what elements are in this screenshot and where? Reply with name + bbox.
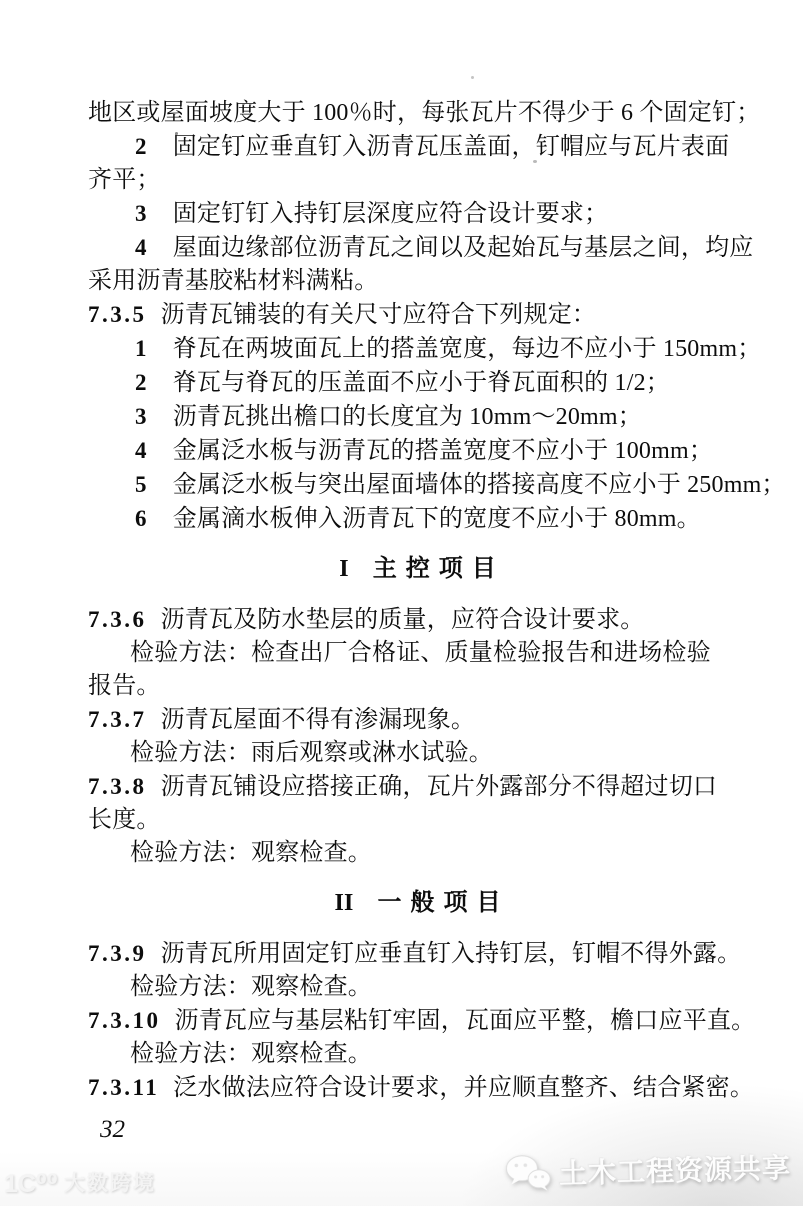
item-text: 金属泛水板与突出屋面墙体的搭接高度不应小于 250mm； bbox=[173, 472, 786, 498]
body-line: 齐平； bbox=[88, 164, 756, 197]
list-item-1: 1脊瓦在两坡面瓦上的搭盖宽度，每边不应小于 150mm； bbox=[88, 332, 756, 366]
item-text: 脊瓦与脊瓦的压盖面不应小于脊瓦面积的 1/2； bbox=[173, 370, 670, 396]
clause-text: 沥青瓦所用固定钉应垂直钉入持钉层，钉帽不得外露。 bbox=[161, 941, 742, 967]
clause-text: 沥青瓦及防水垫层的质量，应符合设计要求。 bbox=[161, 607, 645, 633]
page-number: 32 bbox=[88, 1113, 756, 1146]
scan-speck bbox=[533, 160, 537, 163]
document-page: 地区或屋面坡度大于 100％时，每张瓦片不得少于 6 个固定钉； 2固定钉应垂直… bbox=[0, 0, 803, 1206]
item-number: 2 bbox=[135, 370, 147, 395]
item-number: 3 bbox=[135, 201, 147, 226]
watermark-civil-engineering-share: 土木工程资源共享 bbox=[504, 1146, 792, 1193]
clause-number: 7.3.6 bbox=[88, 607, 147, 632]
body-line: 报告。 bbox=[88, 670, 756, 703]
item-number: 6 bbox=[135, 506, 147, 531]
clause-text: 沥青瓦铺设应搭接正确，瓦片外露部分不得超过切口 bbox=[161, 774, 718, 800]
body-line: 采用沥青基胶粘材料满粘。 bbox=[88, 265, 756, 298]
clause-7-3-7: 7.3.7沥青瓦屋面不得有渗漏现象。 bbox=[88, 703, 756, 737]
item-number: 1 bbox=[135, 336, 147, 361]
list-item-3: 3沥青瓦挑出檐口的长度宜为 10mm～20mm； bbox=[88, 400, 756, 434]
list-item-2: 2固定钉应垂直钉入沥青瓦压盖面，钉帽应与瓦片表面 bbox=[88, 130, 756, 164]
watermark-text: 大数跨境 bbox=[64, 1172, 156, 1195]
inspection-method-line: 检验方法：观察检查。 bbox=[88, 971, 756, 1004]
clause-text: 沥青瓦铺装的有关尺寸应符合下列规定： bbox=[161, 302, 597, 328]
heading-text: 一般项目 bbox=[378, 890, 510, 916]
item-number: 3 bbox=[135, 404, 147, 429]
item-text: 屋面边缘部位沥青瓦之间以及起始瓦与基层之间，均应 bbox=[173, 235, 754, 261]
clause-7-3-6: 7.3.6沥青瓦及防水垫层的质量，应符合设计要求。 bbox=[88, 603, 756, 637]
list-item-6: 6金属滴水板伸入沥青瓦下的宽度不应小于 80mm。 bbox=[88, 502, 756, 536]
clause-number: 7.3.11 bbox=[88, 1075, 159, 1100]
clause-7-3-8: 7.3.8沥青瓦铺设应搭接正确，瓦片外露部分不得超过切口 bbox=[88, 770, 756, 804]
item-text: 沥青瓦挑出檐口的长度宜为 10mm～20mm； bbox=[173, 404, 642, 430]
roman-numeral: I bbox=[339, 556, 349, 582]
clause-7-3-9: 7.3.9沥青瓦所用固定钉应垂直钉入持钉层，钉帽不得外露。 bbox=[88, 937, 756, 971]
item-text: 金属泛水板与沥青瓦的搭盖宽度不应小于 100mm； bbox=[173, 438, 713, 464]
list-item-4: 4屋面边缘部位沥青瓦之间以及起始瓦与基层之间，均应 bbox=[88, 231, 756, 265]
heading-text: 主控项目 bbox=[373, 556, 505, 582]
scan-speck bbox=[175, 132, 178, 135]
clause-number: 7.3.5 bbox=[88, 302, 147, 327]
item-number: 4 bbox=[135, 235, 147, 260]
clause-number: 7.3.8 bbox=[88, 774, 147, 799]
body-line: 地区或屋面坡度大于 100％时，每张瓦片不得少于 6 个固定钉； bbox=[88, 97, 756, 130]
item-text: 固定钉钉入持钉层深度应符合设计要求； bbox=[173, 201, 609, 227]
item-text: 固定钉应垂直钉入沥青瓦压盖面，钉帽应与瓦片表面 bbox=[173, 134, 730, 160]
roman-numeral: II bbox=[334, 890, 353, 916]
heading-master-control-items: I主控项目 bbox=[88, 553, 756, 586]
clause-7-3-11: 7.3.11泛水做法应符合设计要求，并应顺直整齐、结合紧密。 bbox=[88, 1071, 756, 1105]
clause-number: 7.3.9 bbox=[88, 941, 147, 966]
inspection-method-line: 检验方法：观察检查。 bbox=[88, 1038, 756, 1071]
body-line: 长度。 bbox=[88, 804, 756, 837]
clause-text: 沥青瓦应与基层粘钉牢固，瓦面应平整，檐口应平直。 bbox=[175, 1008, 756, 1034]
item-number: 4 bbox=[135, 438, 147, 463]
list-item-5: 5金属泛水板与突出屋面墙体的搭接高度不应小于 250mm； bbox=[88, 468, 756, 502]
clause-text: 沥青瓦屋面不得有渗漏现象。 bbox=[161, 707, 476, 733]
dashu-logo-icon: 1C⁰⁰ bbox=[4, 1173, 58, 1195]
watermark-text: 土木工程资源共享 bbox=[558, 1146, 791, 1192]
page-text-block: 地区或屋面坡度大于 100％时，每张瓦片不得少于 6 个固定钉； 2固定钉应垂直… bbox=[88, 97, 756, 1146]
item-number: 2 bbox=[135, 134, 147, 159]
clause-number: 7.3.10 bbox=[88, 1008, 161, 1033]
clause-number: 7.3.7 bbox=[88, 707, 147, 732]
list-item-4: 4金属泛水板与沥青瓦的搭盖宽度不应小于 100mm； bbox=[88, 434, 756, 468]
list-item-3: 3固定钉钉入持钉层深度应符合设计要求； bbox=[88, 197, 756, 231]
inspection-method-line: 检验方法：观察检查。 bbox=[88, 837, 756, 870]
item-number: 5 bbox=[135, 472, 147, 497]
list-item-2: 2脊瓦与脊瓦的压盖面不应小于脊瓦面积的 1/2； bbox=[88, 366, 756, 400]
inspection-method-line: 检验方法：检查出厂合格证、质量检验报告和进场检验 bbox=[88, 637, 756, 670]
item-text: 金属滴水板伸入沥青瓦下的宽度不应小于 80mm。 bbox=[173, 506, 701, 532]
heading-general-items: II一般项目 bbox=[88, 887, 756, 920]
wechat-bubbles-icon bbox=[504, 1153, 553, 1194]
clause-text: 泛水做法应符合设计要求，并应顺直整齐、结合紧密。 bbox=[173, 1075, 754, 1101]
clause-7-3-10: 7.3.10沥青瓦应与基层粘钉牢固，瓦面应平整，檐口应平直。 bbox=[88, 1004, 756, 1038]
inspection-method-line: 检验方法：雨后观察或淋水试验。 bbox=[88, 737, 756, 770]
item-text: 脊瓦在两坡面瓦上的搭盖宽度，每边不应小于 150mm； bbox=[173, 336, 762, 362]
clause-7-3-5: 7.3.5沥青瓦铺装的有关尺寸应符合下列规定： bbox=[88, 298, 756, 332]
scan-speck bbox=[471, 76, 474, 79]
watermark-dashu-kuajing: 1C⁰⁰ 大数跨境 bbox=[4, 1172, 156, 1195]
